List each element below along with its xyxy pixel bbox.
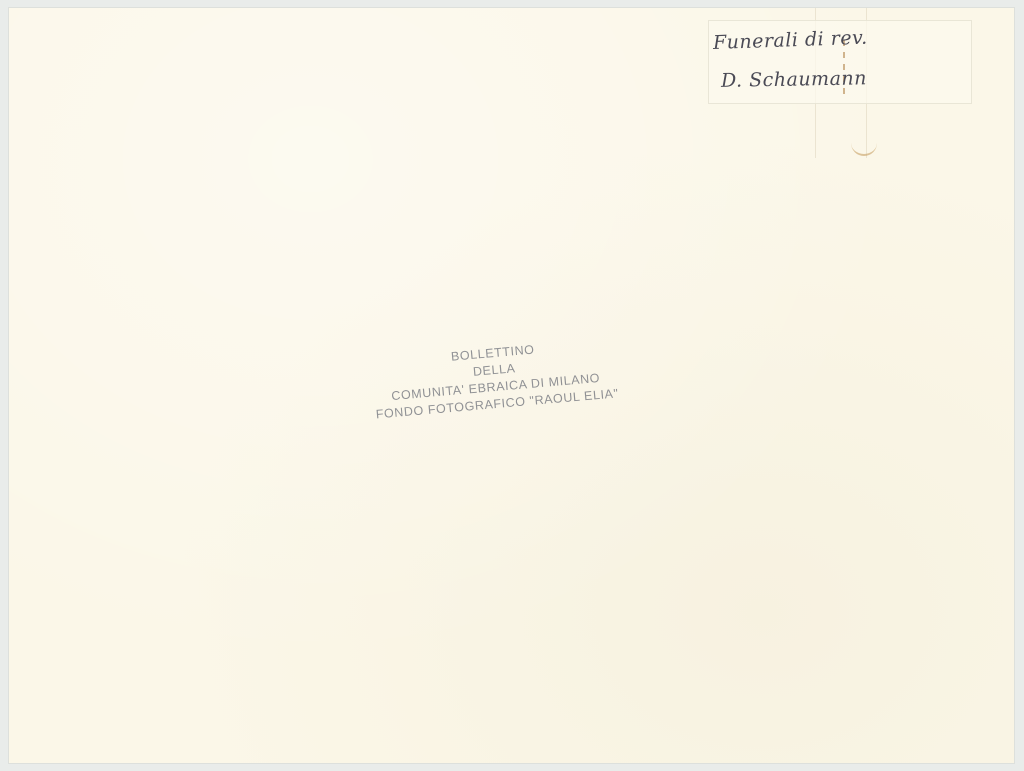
handwritten-note: Funerali di rev. D. Schaumann (713, 24, 963, 100)
handwritten-note-line-1: Funerali di rev. (712, 15, 963, 62)
handwritten-note-line-2: D. Schaumann (713, 58, 964, 100)
